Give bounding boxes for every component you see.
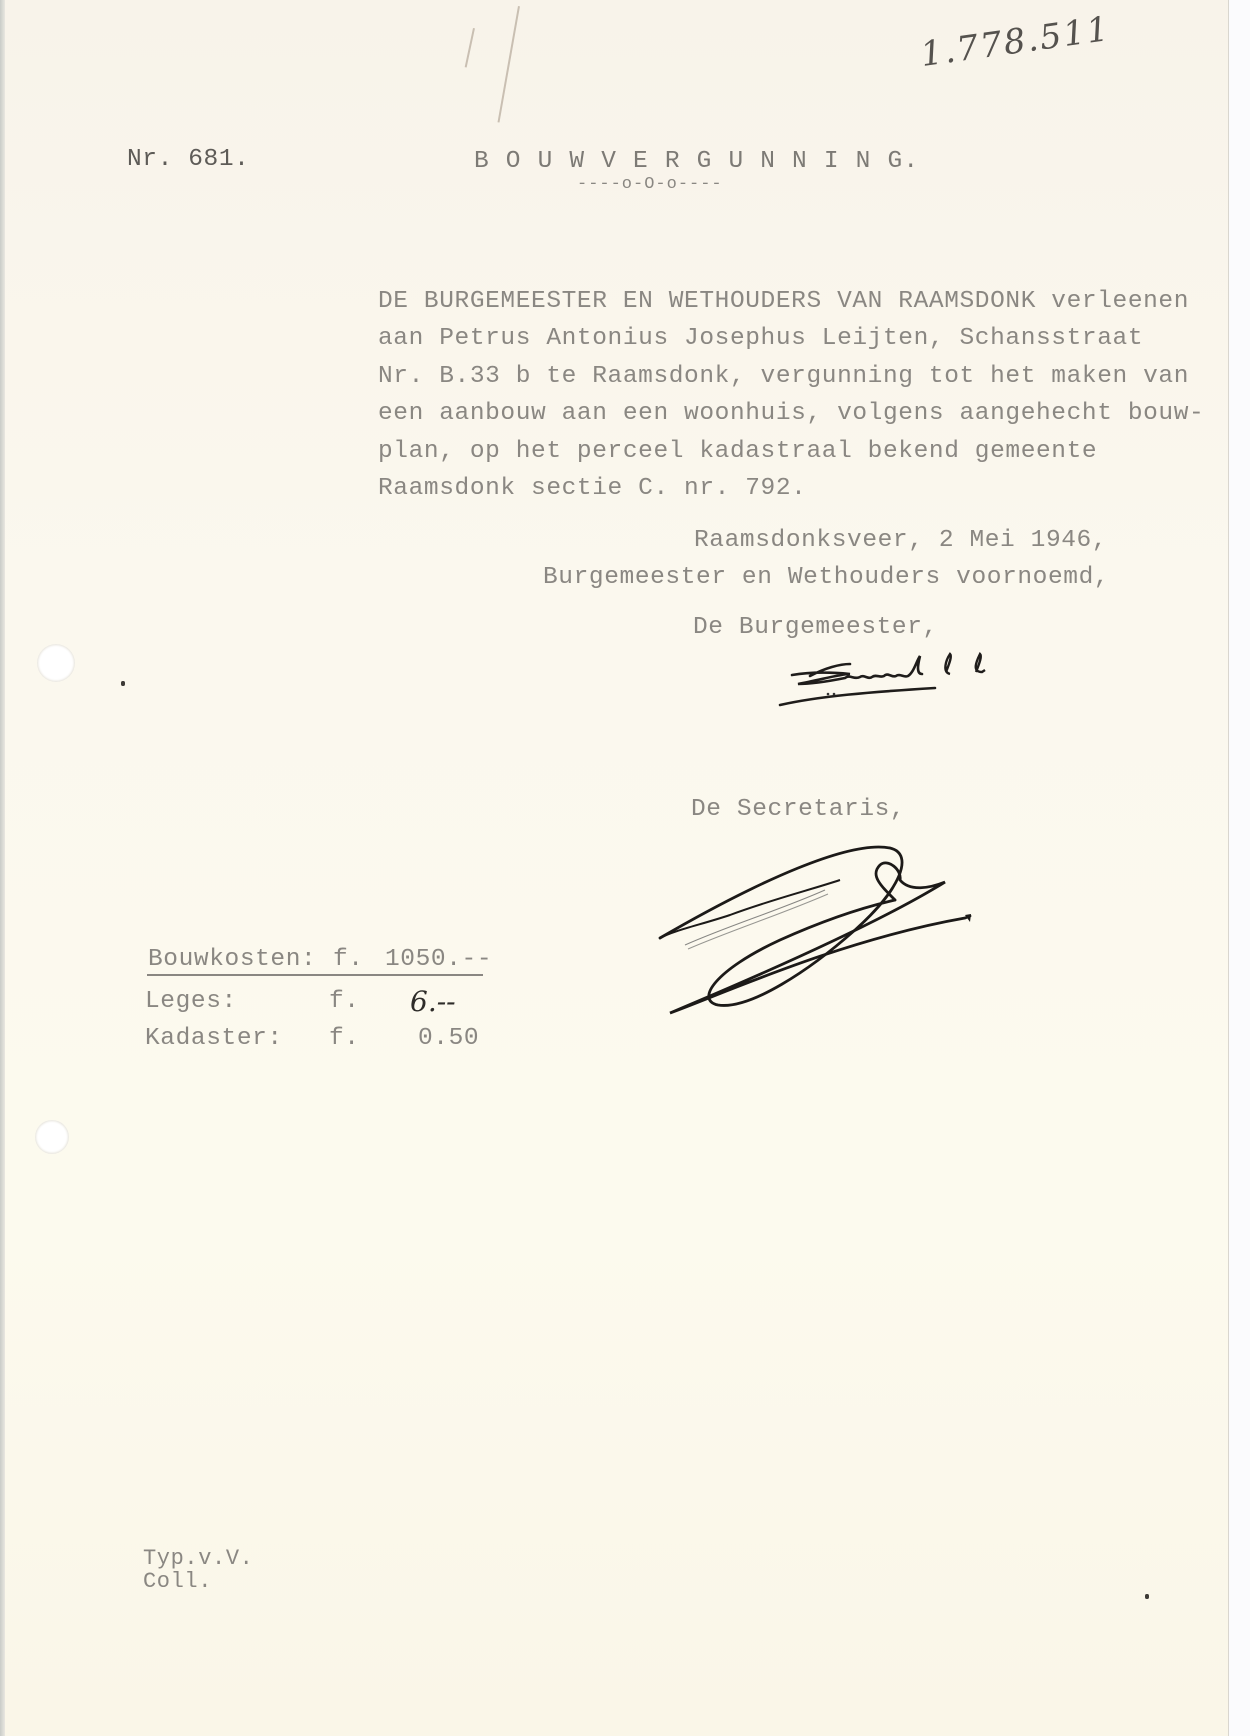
mayor-signature [780, 650, 1040, 720]
document-number: Nr. 681. [127, 148, 249, 173]
secretary-signature [640, 830, 980, 1040]
pencil-mark [465, 28, 475, 68]
secretary-label: De Secretaris, [691, 798, 905, 823]
leges-currency: f. [329, 990, 360, 1015]
ink-speck [1145, 1594, 1149, 1599]
ink-speck [121, 681, 125, 686]
kadaster-label: Kadaster: [145, 1027, 283, 1052]
body-line: aan Petrus Antonius Josephus Leijten, Sc… [378, 327, 1143, 352]
document-page: 1.778.511 Nr. 681. B O U W V E R G U N N… [0, 0, 1229, 1736]
bouwkosten-underline [147, 974, 483, 976]
bouwkosten-currency: f. [333, 948, 364, 973]
punch-hole [35, 1120, 69, 1154]
title-ornament: ----o-O-o---- [577, 176, 723, 193]
place-date: Raamsdonksveer, 2 Mei 1946, [694, 529, 1107, 554]
body-line: Raamsdonk sectie C. nr. 792. [378, 477, 806, 502]
pencil-mark [498, 6, 520, 123]
document-title: B O U W V E R G U N N I N G. [474, 150, 919, 175]
issuer-line: Burgemeester en Wethouders voornoemd, [543, 566, 1109, 591]
bouwkosten-label: Bouwkosten: [148, 948, 316, 973]
body-line: een aanbouw aan een woonhuis, volgens aa… [378, 402, 1204, 427]
collation-note: Coll. [143, 1571, 212, 1593]
typist-note: Typ.v.V. [143, 1548, 253, 1570]
body-line: Nr. B.33 b te Raamsdonk, vergunning tot … [378, 365, 1189, 390]
body-line: plan, op het perceel kadastraal bekend g… [378, 440, 1097, 465]
leges-value: 6.-- [410, 985, 456, 1018]
punch-hole [37, 644, 75, 682]
archive-annotation: 1.778.511 [918, 9, 1113, 75]
body-line: DE BURGEMEESTER EN WETHOUDERS VAN RAAMSD… [378, 290, 1189, 315]
kadaster-value: 0.50 [418, 1027, 479, 1052]
leges-label: Leges: [145, 990, 237, 1015]
bouwkosten-value: 1050.-- [385, 948, 492, 973]
kadaster-currency: f. [329, 1027, 360, 1052]
mayor-label: De Burgemeester, [693, 616, 938, 641]
